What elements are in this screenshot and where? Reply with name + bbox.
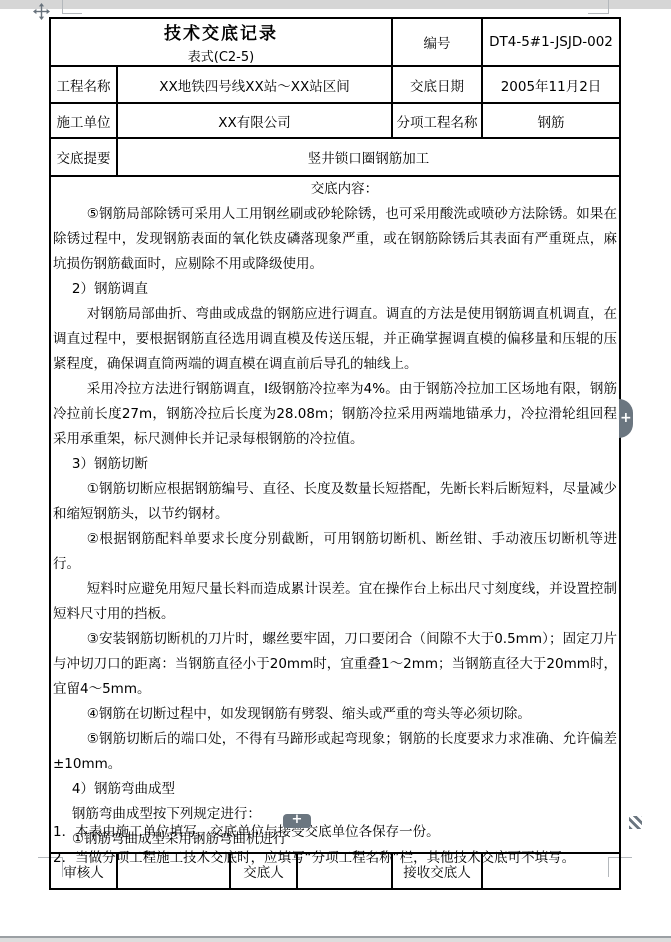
contractor-label: 施工单位 [50,103,117,138]
paragraph: ⑤钢筋局部除锈可采用人工用钢丝刷或砂轮除锈，也可采用酸洗或喷砂方法除锈。如果在除… [53,202,617,277]
paragraph: 对钢筋局部曲折、弯曲或成盘的钢筋应进行调直。调直的方法是使用钢筋调直机调直，在调… [53,302,617,377]
section-heading: 3）钢筋切断 [53,452,617,477]
side-plus-handle-icon[interactable]: + [619,399,633,438]
paragraph: 采用冷拉方法进行钢筋调直，Ⅰ级钢筋冷拉率为4%。由于钢筋冷拉加工区场地有限，钢筋… [53,377,617,452]
project-label: 工程名称 [50,66,117,103]
paragraph: ⑤钢筋切断后的端口处，不得有马蹄形或起弯现象；钢筋的长度要求力求准确、允许偏差±… [53,727,617,777]
paragraph: 短料时应避免用短尺量长料而造成累计误差。宜在操作台上标出尺寸刻度线，并设置控制短… [53,577,617,627]
note-line-2: 2．当做分项工程施工技术交底时，应填写“分项工程名称”栏，其他技术交底可不填写。 [53,846,618,872]
form-title: 技术交底记录 [53,19,389,44]
paragraph: ①钢筋切断应根据钢筋编号、直径、长度及数量长短搭配，先断长料后断短料，尽量减少和… [53,477,617,527]
crop-mark-top-left-h [62,13,82,14]
window-top-edge [0,0,671,9]
no-label: 编号 [392,18,482,66]
subproject-value: 钢筋 [482,103,620,138]
crop-mark-top-left [62,0,63,14]
footer-notes: 1．本表由施工单位填写，交底单位与接受交底单位各保存一份。 2．当做分项工程施工… [53,820,618,871]
content-cell[interactable]: 交底内容： ⑤钢筋局部除锈可采用人工用钢丝刷或砂轮除锈，也可采用酸洗或喷砂方法除… [50,176,620,853]
table-resize-icon[interactable] [629,816,642,829]
crop-mark-top-right-h [588,13,608,14]
summary-label: 交底提要 [50,138,117,176]
paragraph: ④钢筋在切断过程中，如发现钢筋有劈裂、缩头或严重的弯头等必须切除。 [53,702,617,727]
section-heading: 2）钢筋调直 [53,277,617,302]
crop-mark-top-right [608,0,609,14]
contractor-value: XX有限公司 [117,103,392,138]
summary-value: 竖井锁口圈钢筋加工 [117,138,620,176]
form-subtitle: 表式(C2-5) [53,46,389,65]
paragraph: ③安装钢筋切断机的刀片时，螺丝要牢固，刀口要闭合（间隙不大于0.5mm）；固定刀… [53,627,617,702]
window-bottom-edge [0,938,671,942]
no-value: DT4-5#1-JSJD-002 [482,18,620,66]
document-page: 技术交底记录 表式(C2-5) 编号 DT4-5#1-JSJD-002 工程名称… [0,0,671,942]
disclosure-form-table: 技术交底记录 表式(C2-5) 编号 DT4-5#1-JSJD-002 工程名称… [49,17,621,890]
note-line-1: 1．本表由施工单位填写，交底单位与接受交底单位各保存一份。 [53,820,618,846]
subproject-label: 分项工程名称 [392,103,482,138]
date-value: 2005年11月2日 [482,66,620,103]
date-label: 交底日期 [392,66,482,103]
table-move-icon[interactable] [33,3,50,20]
section-heading: 4）钢筋弯曲成型 [53,777,617,802]
form-title-cell: 技术交底记录 表式(C2-5) [50,18,392,66]
paragraph: ②根据钢筋配料单要求长度分别截断，可用钢筋切断机、断丝钳、手动液压切断机等进行。 [53,527,617,577]
plus-badge-icon[interactable]: + [283,814,311,828]
content-heading: 交底内容： [53,177,617,202]
project-value: XX地铁四号线XX站～XX站区间 [117,66,392,103]
